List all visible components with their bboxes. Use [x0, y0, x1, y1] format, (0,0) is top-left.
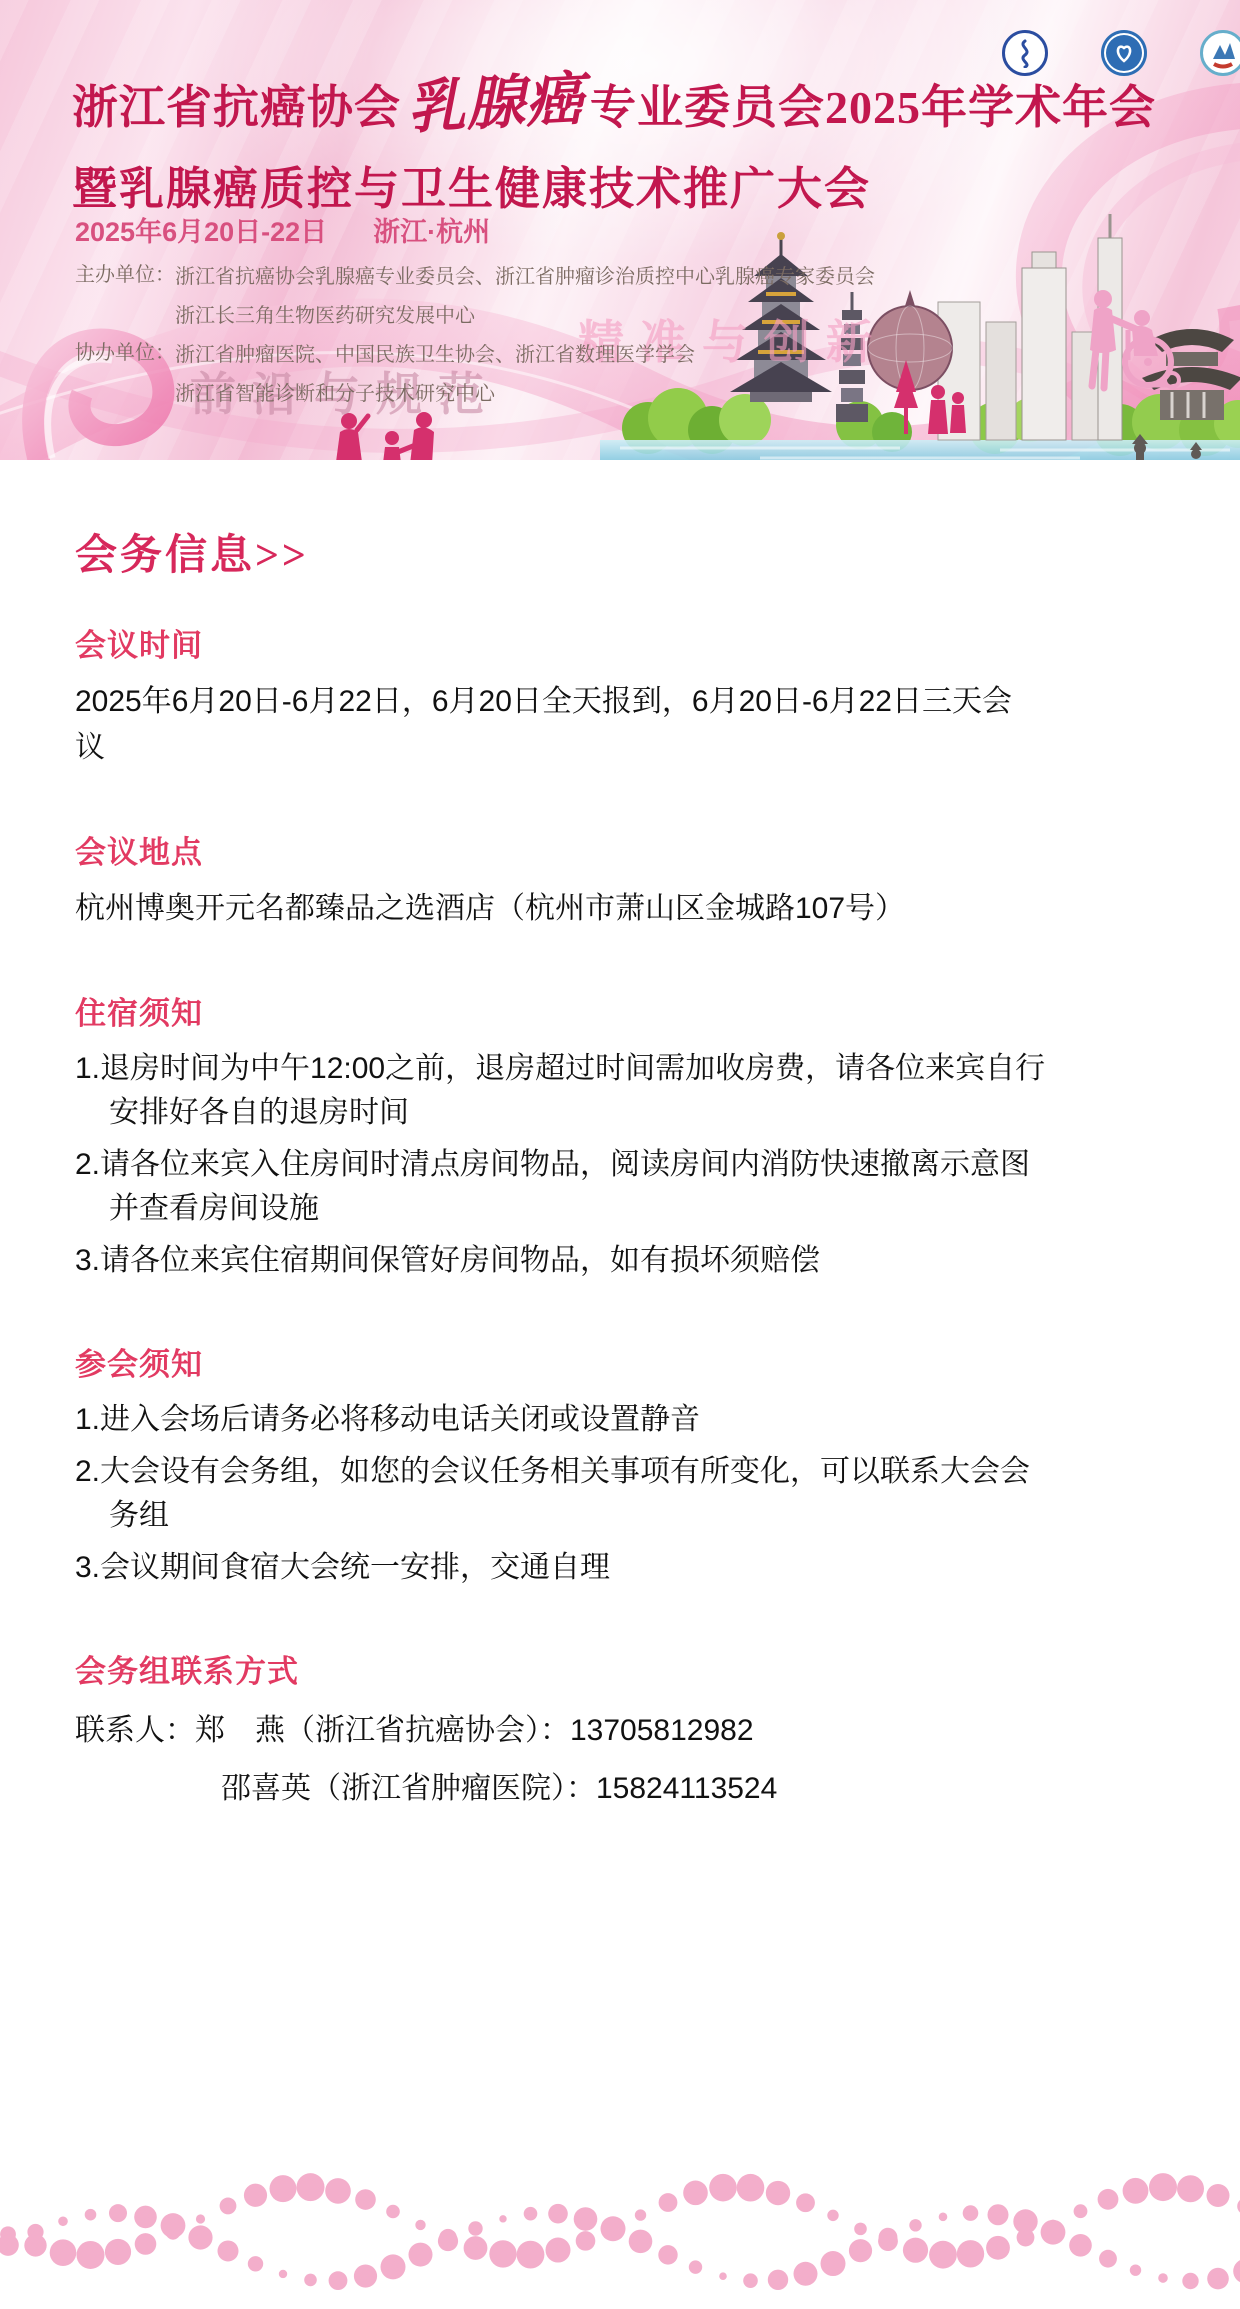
wave-dot [719, 2272, 727, 2280]
wave-dot [629, 2230, 653, 2254]
title-line1-suffix: 专业委员会2025年学术年会 [590, 71, 1156, 137]
list-item: 3.会议期间食宿大会统一安排，交通自理 [75, 1546, 1059, 1590]
wave-dot [827, 2210, 838, 2221]
wave-dot [854, 2223, 867, 2236]
banner: 精准与创新 前沿与规范 浙江省抗癌协会 乳腺癌 专业委员会2025年学术年会 暨… [0, 0, 1240, 460]
wave-dot [27, 2224, 43, 2240]
title-line1-script-breast-cancer: 乳腺癌 [405, 51, 586, 144]
wave-dot [635, 2209, 646, 2220]
wave-dot [248, 2256, 263, 2271]
wave-dot [879, 2228, 898, 2247]
section-heading: 会务组联系方式 [75, 1646, 1120, 1691]
wave-dot [58, 2216, 68, 2226]
wave-dot [957, 2240, 984, 2267]
wave-dot [709, 2174, 737, 2202]
host-line: 浙江长三角生物医药研究发展中心 [175, 297, 875, 336]
wave-dot [903, 2238, 928, 2263]
wave-dot [1098, 2189, 1119, 2210]
meeting-time-text: 2025年6月20日-6月22日，6月20日全天报到，6月20日-6月22日三天… [75, 679, 1020, 771]
wave-dot [415, 2220, 425, 2230]
wave-dot [909, 2219, 921, 2231]
co-organizer-label: 协办单位： [75, 336, 175, 414]
wave-dot [548, 2204, 568, 2224]
wave-dot [574, 2207, 598, 2231]
wave-dot [576, 2231, 596, 2251]
wave-dot [683, 2181, 708, 2206]
wave-dot [768, 2270, 788, 2290]
wave-dot [929, 2241, 957, 2269]
wave-dot [354, 2264, 377, 2287]
wave-dot [1099, 2250, 1117, 2268]
list-item: 1.退房时间为中午12:00之前，退房超过时间需加收房费，请各位来宾自行安排好各… [75, 1047, 1059, 1135]
section-accommodation-notes: 住宿须知 1.退房时间为中午12:00之前，退房超过时间需加收房费，请各位来宾自… [75, 988, 1120, 1283]
contact-person-phone: 郑 燕（浙江省抗癌协会）：13705812982 [195, 1714, 754, 1747]
wave-dot [85, 2209, 97, 2221]
wave-dot [963, 2205, 979, 2221]
section-heading: 参会须知 [75, 1339, 1120, 1384]
section-heading: 住宿须知 [75, 988, 1120, 1033]
wave-dot [1123, 2178, 1149, 2204]
section-meeting-venue: 会议地点 杭州博奥开元名都臻品之选酒店（杭州市萧山区金城路107号） [75, 827, 1120, 932]
conference-info: 会务信息>> 会议时间 2025年6月20日-6月22日，6月20日全天报到，6… [0, 522, 1240, 1813]
wave-dot [766, 2181, 790, 2205]
wave-dot [464, 2236, 488, 2260]
bottom-dots-decoration [0, 2159, 1240, 2309]
wave-dot [986, 2236, 1010, 2260]
date-location-row: 2025年6月20日-22日 浙江·杭州 [75, 210, 490, 249]
organizers-block: 主办单位： 浙江省抗癌协会乳腺癌专业委员会、浙江省肿瘤诊治质控中心乳腺癌专家委员… [75, 258, 875, 414]
wave-dot [821, 2251, 846, 2276]
wave-dot [105, 2239, 131, 2265]
wave-dot [659, 2193, 678, 2212]
wave-dot [0, 2234, 19, 2256]
wave-dot [220, 2198, 237, 2215]
list-item: 1.进入会场后请务必将移动电话关闭或设置静音 [75, 1398, 1059, 1442]
wave-dot [1130, 2264, 1141, 2275]
wave-dot [1233, 2259, 1240, 2284]
wave-dot [601, 2216, 626, 2241]
title-line1-prefix: 浙江省抗癌协会 [72, 71, 401, 137]
wave-dot [1177, 2175, 1204, 2202]
wave-dot [270, 2175, 297, 2202]
conference-title: 浙江省抗癌协会 乳腺癌 专业委员会2025年学术年会 暨乳腺癌质控与卫生健康技术… [72, 56, 1156, 217]
wave-dot [849, 2239, 872, 2262]
wave-dot [794, 2262, 818, 2286]
wave-dot [517, 2241, 545, 2269]
wave-dot [489, 2240, 516, 2267]
wave-dot [988, 2204, 1009, 2225]
wave-dot [1149, 2173, 1177, 2201]
conference-notice-page: 精准与创新 前沿与规范 浙江省抗癌协会 乳腺癌 专业委员会2025年学术年会 暨… [0, 0, 1240, 2309]
title-line-2: 暨乳腺癌质控与卫生健康技术推广大会 [72, 152, 1156, 217]
wave-dot [468, 2221, 482, 2235]
wave-dot [135, 2233, 157, 2255]
contact-label: 联系人： [75, 1714, 195, 1747]
section-heading: 会议地点 [75, 827, 1120, 872]
wave-dot [1041, 2220, 1066, 2245]
co-organizer-line: 浙江省肿瘤医院、中国民族卫生协会、浙江省数理医学学会 [175, 336, 695, 375]
wave-dot [409, 2243, 433, 2267]
list-item: 3.请各位来宾住宿期间保管好房间物品，如有损坏须赔偿 [75, 1239, 1059, 1283]
wave-dot [737, 2174, 765, 2202]
section-attendance-notes: 参会须知 1.进入会场后请务必将移动电话关闭或设置静音 2.大会设有会务组，如您… [75, 1339, 1120, 1590]
wave-dot [743, 2273, 758, 2288]
section-heading: 会议时间 [75, 620, 1120, 665]
conference-date: 2025年6月20日-22日 [75, 210, 327, 249]
title-line-1: 浙江省抗癌协会 乳腺癌 专业委员会2025年学术年会 [72, 56, 1156, 140]
wave-dot [329, 2271, 348, 2290]
accommodation-list: 1.退房时间为中午12:00之前，退房超过时间需加收房费，请各位来宾自行安排好各… [75, 1047, 1120, 1283]
conference-location: 浙江·杭州 [373, 210, 490, 249]
wave-dot [386, 2205, 400, 2219]
list-item: 2.请各位来宾入住房间时清点房间物品，阅读房间内消防快速撤离示意图并查看房间设施 [75, 1143, 1059, 1231]
meeting-venue-text: 杭州博奥开元名都臻品之选酒店（杭州市萧山区金城路107号） [75, 886, 1020, 932]
wave-dot [279, 2270, 287, 2278]
section-contacts: 会务组联系方式 联系人：郑 燕（浙江省抗癌协会）：13705812982 邵喜英… [75, 1646, 1120, 1813]
wave-dot [381, 2254, 406, 2279]
wave-dot [524, 2207, 538, 2221]
wave-dot [297, 2173, 325, 2201]
wave-dot [939, 2213, 948, 2222]
wave-dot [1158, 2273, 1168, 2283]
wave-dot [796, 2193, 815, 2212]
health-institute-logo-icon [1200, 30, 1240, 76]
wave-dot [109, 2204, 127, 2222]
wave-dot [1207, 2184, 1230, 2207]
contact-list: 联系人：郑 燕（浙江省抗癌协会）：13705812982 邵喜英（浙江省肿瘤医院… [75, 1707, 1120, 1813]
wave-dot [1013, 2209, 1037, 2233]
list-item: 2.大会设有会务组，如您的会议任务相关事项有所变化，可以联系大会会务组 [75, 1450, 1059, 1538]
co-organizers-row: 协办单位： 浙江省肿瘤医院、中国民族卫生协会、浙江省数理医学学会 浙江省智能诊断… [75, 336, 875, 414]
wave-dot [244, 2184, 267, 2207]
wave-dot [355, 2189, 376, 2210]
attendance-list: 1.进入会场后请务必将移动电话关闭或设置静音 2.大会设有会务组，如您的会议任务… [75, 1398, 1120, 1590]
co-organizer-line: 浙江省智能诊断和分子技术研究中心 [175, 375, 695, 414]
contact-person-phone: 邵喜英（浙江省肿瘤医院）：15824113524 [221, 1772, 777, 1805]
wave-dot [77, 2241, 105, 2269]
host-label: 主办单位： [75, 258, 175, 336]
wave-dot [196, 2214, 205, 2223]
wave-dot [438, 2231, 458, 2251]
wave-dot [161, 2213, 186, 2238]
host-line: 浙江省抗癌协会乳腺癌专业委员会、浙江省肿瘤诊治质控中心乳腺癌专家委员会 [175, 258, 875, 297]
wave-dot [134, 2206, 157, 2229]
host-organizers-row: 主办单位： 浙江省抗癌协会乳腺癌专业委员会、浙江省肿瘤诊治质控中心乳腺癌专家委员… [75, 258, 875, 336]
wave-dot [50, 2239, 77, 2266]
wave-dot [218, 2240, 239, 2261]
page-title: 会务信息>> [75, 522, 1120, 582]
wave-dot [188, 2225, 212, 2249]
section-meeting-time: 会议时间 2025年6月20日-6月22日，6月20日全天报到，6月20日-6月… [75, 620, 1120, 771]
wave-dot [499, 2215, 506, 2222]
wave-dot [1074, 2204, 1088, 2218]
wave-dot [1182, 2273, 1198, 2289]
wave-dot [1069, 2234, 1092, 2257]
contact-line: 联系人：郑 燕（浙江省抗癌协会）：13705812982 [75, 1707, 1120, 1755]
wave-dot [325, 2178, 351, 2204]
wave-dot [658, 2245, 677, 2264]
contact-line: 邵喜英（浙江省肿瘤医院）：15824113524 [75, 1765, 1120, 1813]
wave-dot [1207, 2268, 1229, 2290]
wave-dot [304, 2274, 317, 2287]
wave-dot [689, 2260, 702, 2273]
wave-dot [546, 2238, 571, 2263]
